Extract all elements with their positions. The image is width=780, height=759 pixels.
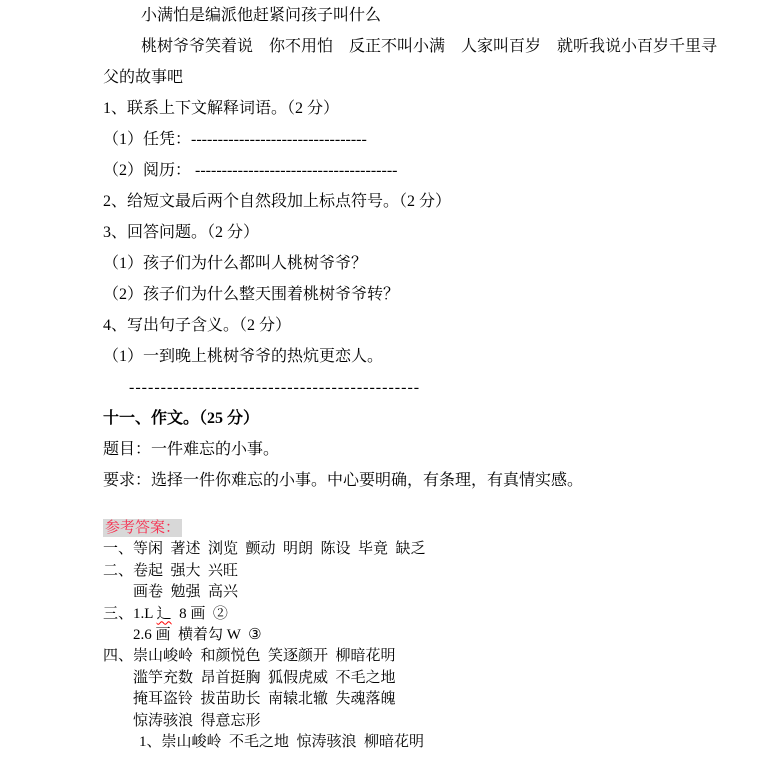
passage-line: 桃树爷爷笑着说 你不用怕 反正不叫小满 人家叫百岁 就听我说小百岁千里寻 <box>103 31 760 62</box>
question-3-sub-1: （1）孩子们为什么都叫人桃树爷爷？ <box>103 248 760 279</box>
answer-line-four-c: 掩耳盗铃 拔苗助长 南辕北辙 失魂落魄 <box>103 689 760 710</box>
question-2: 2、给短文最后两个自然段加上标点符号。（2 分） <box>103 186 760 217</box>
answer-line-three-a: 三、1.L 辶 8 画 ② <box>103 604 760 625</box>
composition-topic: 题目：一件难忘的小事。 <box>103 434 760 465</box>
answer-key-heading-line: 参考答案： <box>103 518 760 539</box>
document-body: 小满怕是编派他赶紧问孩子叫什么 桃树爷爷笑着说 你不用怕 反正不叫小满 人家叫百… <box>0 0 780 753</box>
question-4: 4、写出句子含义。（2 分） <box>103 310 760 341</box>
exam-document-page: 小满怕是编派他赶紧问孩子叫什么 桃树爷爷笑着说 你不用怕 反正不叫小满 人家叫百… <box>0 0 780 759</box>
answer-three-prefix: 三、1.L <box>103 606 157 622</box>
passage-line: 父的故事吧 <box>103 62 760 93</box>
question-list: 1、联系上下文解释词语。（2 分） （1）任凭：----------------… <box>103 93 760 403</box>
answer-line-three-b: 2.6 画 横着勾 W ③ <box>103 625 760 646</box>
question-3: 3、回答问题。（2 分） <box>103 217 760 248</box>
radical-with-spellcheck-squiggle: 辶 <box>157 606 172 622</box>
composition-requirement: 要求：选择一件你难忘的小事。中心要明确，有条理，有真情实感。 <box>103 465 760 496</box>
question-1-blank-yueli: （2）阅历： ---------------------------------… <box>103 155 760 186</box>
answer-line-two-a: 二、卷起 强大 兴旺 <box>103 561 760 582</box>
reading-passage: 小满怕是编派他赶紧问孩子叫什么 桃树爷爷笑着说 你不用怕 反正不叫小满 人家叫百… <box>103 0 760 93</box>
composition-section: 十一、作文。（25 分） 题目：一件难忘的小事。 要求：选择一件你难忘的小事。中… <box>103 403 760 496</box>
answer-key-heading: 参考答案： <box>103 519 182 537</box>
question-1-blank-renping: （1）任凭：--------------------------------- <box>103 124 760 155</box>
question-4-sub-1: （1）一到晚上桃树爷爷的热炕更恋人。 <box>103 341 760 372</box>
answer-three-suffix: 8 画 ② <box>172 606 228 622</box>
passage-line: 小满怕是编派他赶紧问孩子叫什么 <box>103 0 760 31</box>
composition-heading: 十一、作文。（25 分） <box>103 403 760 434</box>
question-1: 1、联系上下文解释词语。（2 分） <box>103 93 760 124</box>
answer-blank-line: ----------------------------------------… <box>103 372 760 403</box>
answer-line-one: 一、等闲 著述 浏览 颤动 明朗 陈设 毕竟 缺乏 <box>103 539 760 560</box>
answer-line-four-e: 1、崇山峻岭 不毛之地 惊涛骇浪 柳暗花明 <box>103 732 760 753</box>
answer-line-two-b: 画卷 勉强 高兴 <box>103 582 760 603</box>
question-3-sub-2: （2）孩子们为什么整天围着桃树爷爷转？ <box>103 279 760 310</box>
answer-line-four-b: 滥竽充数 昂首挺胸 狐假虎威 不毛之地 <box>103 668 760 689</box>
answer-key-section: 参考答案： 一、等闲 著述 浏览 颤动 明朗 陈设 毕竟 缺乏 二、卷起 强大 … <box>103 518 760 753</box>
answer-line-four-a: 四、崇山峻岭 和颜悦色 笑逐颜开 柳暗花明 <box>103 646 760 667</box>
answer-line-four-d: 惊涛骇浪 得意忘形 <box>103 711 760 732</box>
